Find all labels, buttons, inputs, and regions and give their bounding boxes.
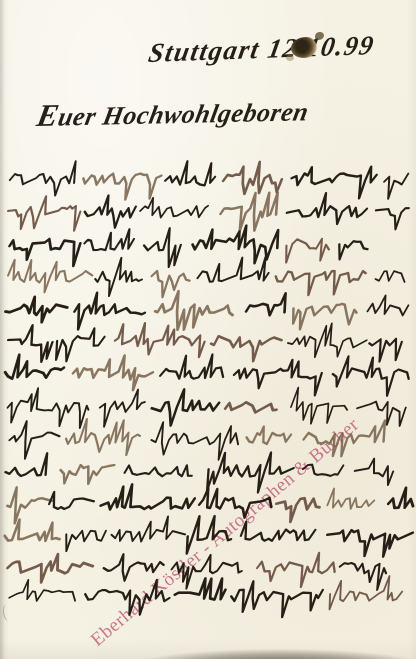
handwriting-line xyxy=(6,419,388,460)
handwriting-line xyxy=(2,291,411,330)
handwriting-line xyxy=(4,323,405,362)
handwriting-line xyxy=(3,553,390,590)
handwriting-line xyxy=(4,257,409,297)
handwriting-svg xyxy=(0,0,416,659)
ink-blot xyxy=(291,37,317,58)
handwriting-line xyxy=(2,453,397,493)
scan-shadow-bottom xyxy=(130,649,416,659)
handwriting-line xyxy=(6,226,372,267)
handwriting-line xyxy=(4,388,410,428)
handwriting-line xyxy=(1,355,414,396)
handwriting-line xyxy=(5,576,405,617)
handwriting-line xyxy=(1,516,416,557)
letter-page: Stuttgart 12.10.99 Euer Hochwohlgeboren … xyxy=(0,0,416,659)
handwriting-line xyxy=(4,193,411,231)
handwriting-line xyxy=(4,484,416,523)
scan-edge-left xyxy=(0,0,5,659)
handwriting-line xyxy=(6,161,411,199)
